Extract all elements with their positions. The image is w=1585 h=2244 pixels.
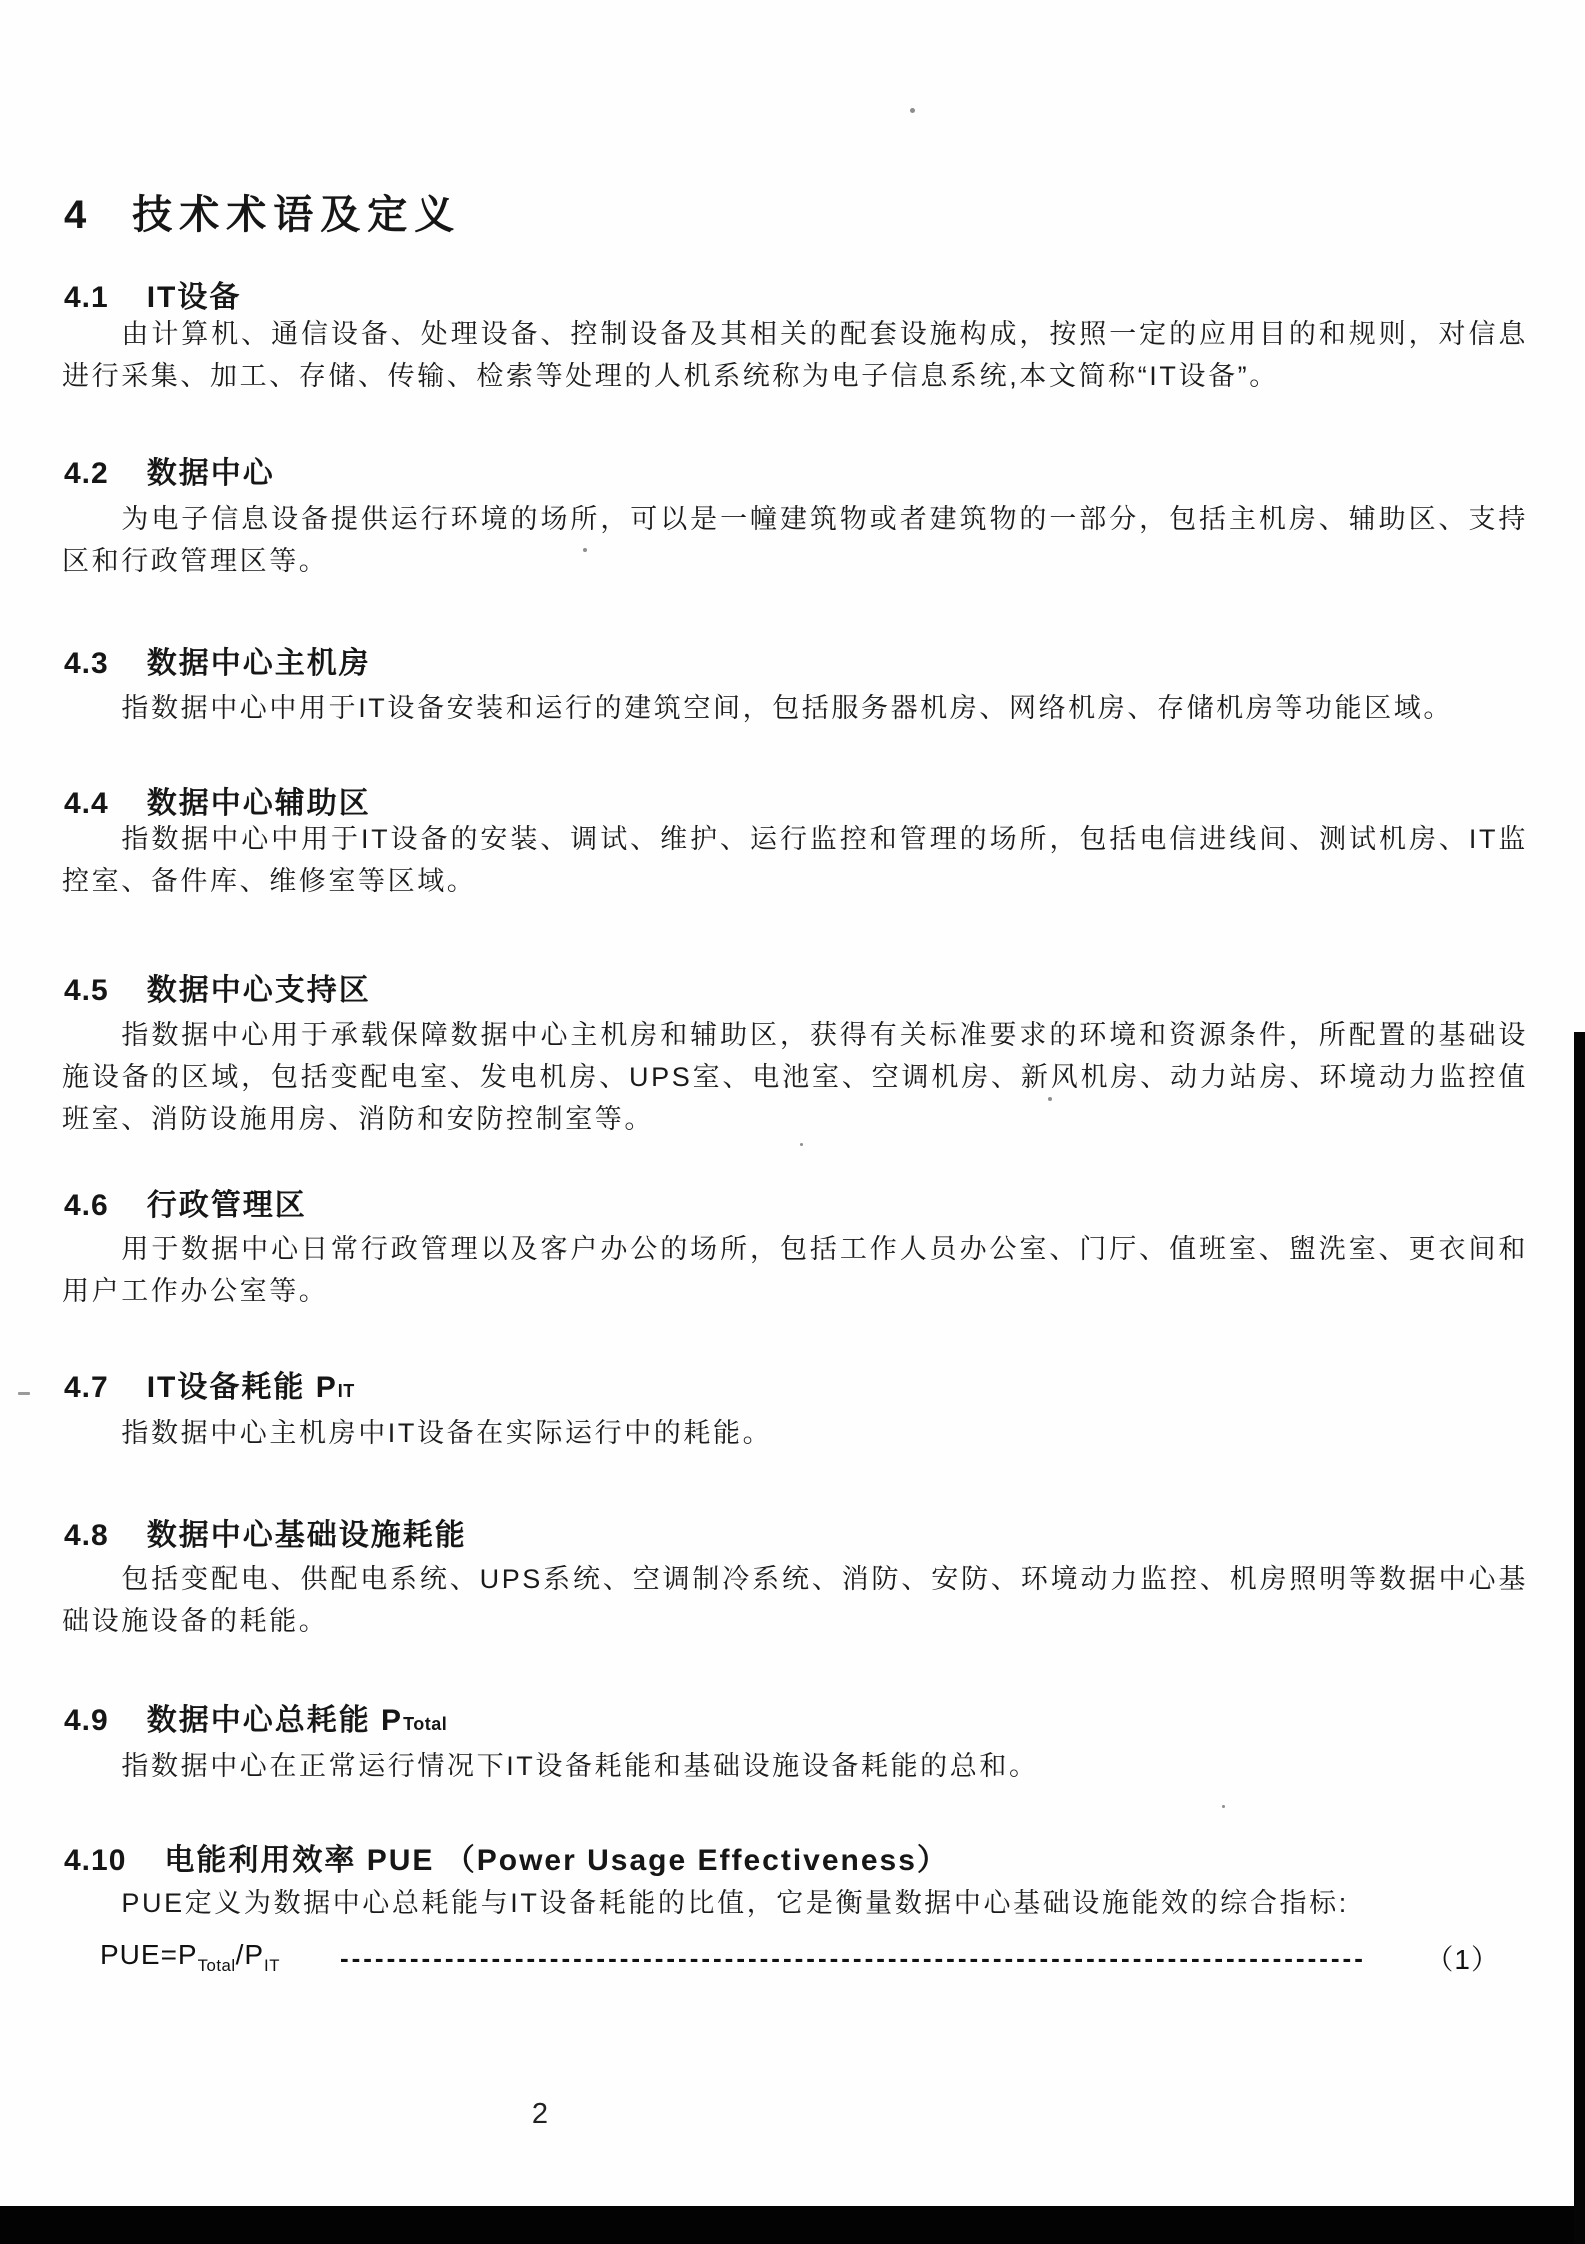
scan-speck bbox=[800, 1143, 803, 1146]
section-heading-4-4: 4.4 数据中心辅助区 bbox=[64, 778, 371, 822]
section-number: 4.6 bbox=[64, 1189, 109, 1223]
section-title: 数据中心辅助区 bbox=[147, 778, 371, 822]
section-number: 4.2 bbox=[64, 457, 109, 491]
section-title: 数据中心支持区 bbox=[147, 965, 371, 1009]
section-title: 数据中心 bbox=[147, 448, 275, 492]
scan-speck bbox=[352, 658, 356, 662]
chapter-number: 4 bbox=[64, 193, 86, 238]
section-body-4-6: 用于数据中心日常行政管理以及客户办公的场所，包括工作人员办公室、门厅、值班室、盥… bbox=[62, 1228, 1528, 1312]
chapter-title: 4 技术术语及定义 bbox=[64, 183, 461, 240]
section-title: 数据中心总耗能 P bbox=[147, 1695, 403, 1739]
section-title: 行政管理区 bbox=[147, 1180, 307, 1224]
section-title: IT设备耗能 P bbox=[147, 1362, 338, 1406]
section-body-4-3: 指数据中心中用于IT设备安装和运行的建筑空间，包括服务器机房、网络机房、存储机房… bbox=[62, 687, 1528, 729]
section-title: 数据中心基础设施耗能 bbox=[147, 1510, 467, 1554]
dashed-leader-line: ----------------------------------------… bbox=[340, 1943, 1403, 1974]
pue-formula: PUE=PTotal/PIT -------------------------… bbox=[100, 1938, 1500, 1978]
section-heading-4-8: 4.8 数据中心基础设施耗能 bbox=[64, 1510, 467, 1554]
section-number: 4.5 bbox=[64, 974, 109, 1008]
section-body-4-5: 指数据中心用于承载保障数据中心主机房和辅助区，获得有关标准要求的环境和资源条件，… bbox=[62, 1014, 1528, 1140]
section-heading-4-10: 4.10 电能利用效率 PUE （Power Usage Effectivene… bbox=[64, 1835, 949, 1879]
section-title-subscript: IT bbox=[338, 1381, 355, 1402]
section-title: IT设备 bbox=[147, 272, 242, 316]
scan-bottom-black-bar bbox=[0, 2206, 1585, 2244]
section-title: 数据中心主机房 bbox=[147, 638, 371, 682]
scan-speck bbox=[1048, 1097, 1052, 1101]
section-heading-4-9: 4.9 数据中心总耗能 PTotal bbox=[64, 1695, 447, 1739]
section-title-subscript: Total bbox=[403, 1714, 447, 1735]
section-heading-4-3: 4.3 数据中心主机房 bbox=[64, 638, 371, 682]
section-heading-4-1: 4.1 IT设备 bbox=[64, 272, 241, 316]
section-title: 电能利用效率 PUE （Power Usage Effectiveness） bbox=[164, 1835, 949, 1879]
section-heading-4-7: 4.7 IT设备耗能 PIT bbox=[64, 1362, 355, 1406]
pue-formula-expression: PUE=PTotal/PIT bbox=[100, 1939, 280, 1976]
chapter-title-text: 技术术语及定义 bbox=[132, 183, 461, 240]
scan-speck bbox=[910, 108, 915, 113]
section-body-4-10: PUE定义为数据中心总耗能与IT设备耗能的比值，它是衡量数据中心基础设施能效的综… bbox=[62, 1882, 1528, 1924]
section-number: 4.8 bbox=[64, 1519, 109, 1553]
section-number: 4.7 bbox=[64, 1371, 109, 1405]
section-heading-4-6: 4.6 行政管理区 bbox=[64, 1180, 307, 1224]
scan-right-black-bar bbox=[1574, 1032, 1585, 2244]
section-number: 4.10 bbox=[64, 1844, 126, 1878]
section-number: 4.4 bbox=[64, 787, 109, 821]
equation-number: （1） bbox=[1425, 1938, 1500, 1978]
section-body-4-4: 指数据中心中用于IT设备的安装、调试、维护、运行监控和管理的场所，包括电信进线间… bbox=[62, 818, 1528, 902]
section-body-4-1: 由计算机、通信设备、处理设备、控制设备及其相关的配套设施构成，按照一定的应用目的… bbox=[62, 313, 1528, 397]
section-body-4-8: 包括变配电、供配电系统、UPS系统、空调制冷系统、消防、安防、环境动力监控、机房… bbox=[62, 1558, 1528, 1642]
section-body-4-7: 指数据中心主机房中IT设备在实际运行中的耗能。 bbox=[62, 1412, 1528, 1454]
section-heading-4-2: 4.2 数据中心 bbox=[64, 448, 275, 492]
document-page: 4 技术术语及定义 4.1 IT设备 由计算机、通信设备、处理设备、控制设备及其… bbox=[0, 0, 1585, 2244]
section-body-4-2: 为电子信息设备提供运行环境的场所，可以是一幢建筑物或者建筑物的一部分，包括主机房… bbox=[62, 498, 1528, 582]
scan-speck bbox=[18, 1392, 30, 1395]
section-heading-4-5: 4.5 数据中心支持区 bbox=[64, 965, 371, 1009]
section-number: 4.3 bbox=[64, 647, 109, 681]
section-body-4-9: 指数据中心在正常运行情况下IT设备耗能和基础设施设备耗能的总和。 bbox=[62, 1745, 1528, 1787]
page-number: 2 bbox=[505, 2098, 575, 2131]
subscript-total: Total bbox=[198, 1957, 236, 1976]
section-number: 4.9 bbox=[64, 1704, 109, 1738]
scan-speck bbox=[1222, 1805, 1225, 1808]
section-number: 4.1 bbox=[64, 281, 109, 315]
scan-speck bbox=[583, 548, 587, 552]
subscript-it: IT bbox=[264, 1957, 280, 1976]
